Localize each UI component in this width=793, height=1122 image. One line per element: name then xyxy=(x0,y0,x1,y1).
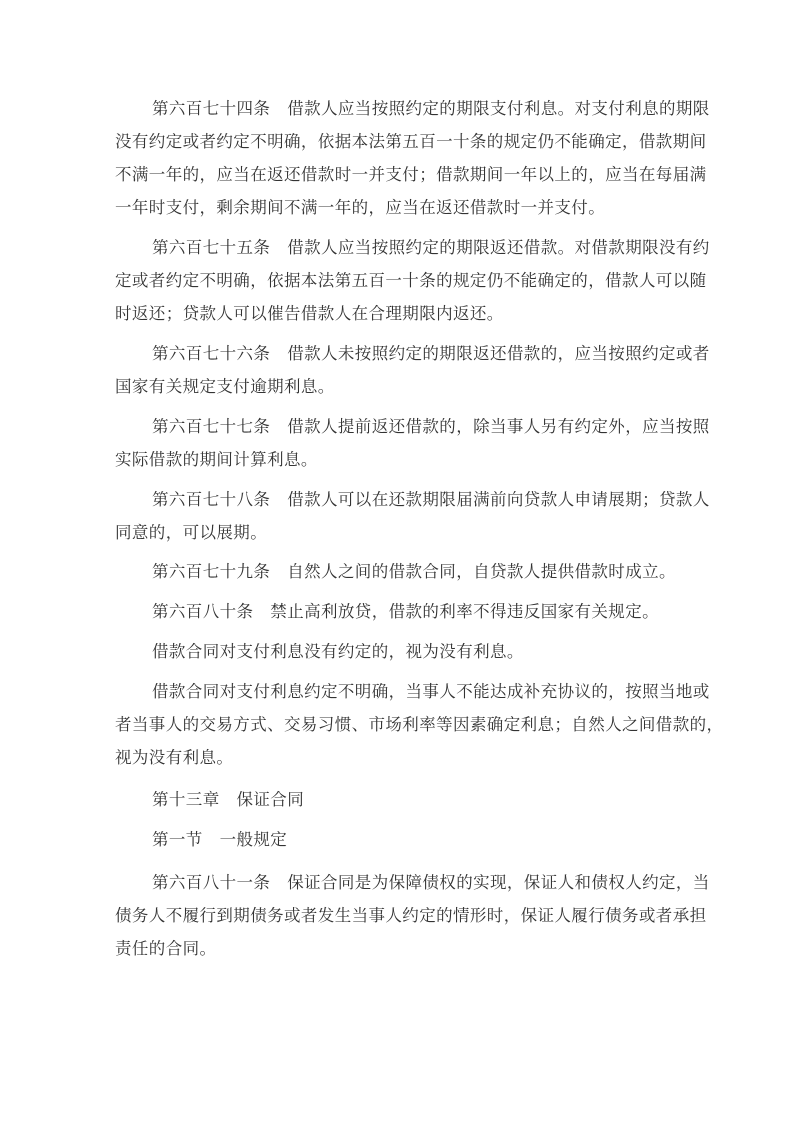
article-681-paragraph: 第六百八十一条 保证合同是为保障债权的实现，保证人和债权人约定，当 债务人不履行… xyxy=(115,866,687,965)
article-676-paragraph: 第六百七十六条 借款人未按照约定的期限返还借款的，应当按照约定或者 国家有关规定… xyxy=(115,337,687,403)
text-line: 同意的，可以展期。 xyxy=(115,516,687,549)
article-674-paragraph: 第六百七十四条 借款人应当按照约定的期限支付利息。对支付利息的期限 没有约定或者… xyxy=(115,92,687,224)
article-680-clause-3: 借款合同对支付利息约定不明确，当事人不能达成补充协议的，按照当地或 者当事人的交… xyxy=(115,675,687,774)
chapter-heading: 第十三章 保证合同 xyxy=(115,783,687,816)
text-line: 一年时支付，剩余期间不满一年的，应当在返还借款时一并支付。 xyxy=(115,191,687,224)
text-line: 第六百八十一条 保证合同是为保障债权的实现，保证人和债权人约定，当 xyxy=(115,866,687,899)
text-line: 第六百七十七条 借款人提前返还借款的，除当事人另有约定外，应当按照 xyxy=(115,410,687,443)
article-678-paragraph: 第六百七十八条 借款人可以在还款期限届满前向贷款人申请展期；贷款人 同意的，可以… xyxy=(115,483,687,549)
text-line: 借款合同对支付利息没有约定的，视为没有利息。 xyxy=(115,635,687,668)
text-line: 第六百七十四条 借款人应当按照约定的期限支付利息。对支付利息的期限 xyxy=(115,92,687,125)
section-title: 第一节 一般规定 xyxy=(115,823,687,856)
text-line: 第六百七十六条 借款人未按照约定的期限返还借款的，应当按照约定或者 xyxy=(115,337,687,370)
text-line: 国家有关规定支付逾期利息。 xyxy=(115,370,687,403)
section-heading: 第一节 一般规定 xyxy=(115,823,687,856)
article-675-paragraph: 第六百七十五条 借款人应当按照约定的期限返还借款。对借款期限没有约 定或者约定不… xyxy=(115,231,687,330)
text-line: 第六百七十五条 借款人应当按照约定的期限返还借款。对借款期限没有约 xyxy=(115,231,687,264)
text-line: 第六百七十八条 借款人可以在还款期限届满前向贷款人申请展期；贷款人 xyxy=(115,483,687,516)
text-line: 债务人不履行到期债务或者发生当事人约定的情形时，保证人履行债务或者承担 xyxy=(115,899,687,932)
article-679-paragraph: 第六百七十九条 自然人之间的借款合同，自贷款人提供借款时成立。 xyxy=(115,555,687,588)
text-line: 不满一年的，应当在返还借款时一并支付；借款期间一年以上的，应当在每届满 xyxy=(115,158,687,191)
article-680-clause-2: 借款合同对支付利息没有约定的，视为没有利息。 xyxy=(115,635,687,668)
text-line: 定或者约定不明确，依据本法第五百一十条的规定仍不能确定的，借款人可以随 xyxy=(115,264,687,297)
text-line: 没有约定或者约定不明确，依据本法第五百一十条的规定仍不能确定，借款期间 xyxy=(115,125,687,158)
text-line: 第六百八十条 禁止高利放贷，借款的利率不得违反国家有关规定。 xyxy=(115,595,687,628)
text-line: 第六百七十九条 自然人之间的借款合同，自贷款人提供借款时成立。 xyxy=(115,555,687,588)
article-677-paragraph: 第六百七十七条 借款人提前返还借款的，除当事人另有约定外，应当按照 实际借款的期… xyxy=(115,410,687,476)
chapter-title: 第十三章 保证合同 xyxy=(115,783,687,816)
text-line: 者当事人的交易方式、交易习惯、市场利率等因素确定利息；自然人之间借款的， xyxy=(115,708,687,741)
text-line: 责任的合同。 xyxy=(115,932,687,965)
text-line: 时返还；贷款人可以催告借款人在合理期限内返还。 xyxy=(115,297,687,330)
text-line: 视为没有利息。 xyxy=(115,741,687,774)
document-page: 第六百七十四条 借款人应当按照约定的期限支付利息。对支付利息的期限 没有约定或者… xyxy=(0,0,793,1122)
article-680-paragraph: 第六百八十条 禁止高利放贷，借款的利率不得违反国家有关规定。 xyxy=(115,595,687,628)
text-line: 实际借款的期间计算利息。 xyxy=(115,443,687,476)
text-line: 借款合同对支付利息约定不明确，当事人不能达成补充协议的，按照当地或 xyxy=(115,675,687,708)
